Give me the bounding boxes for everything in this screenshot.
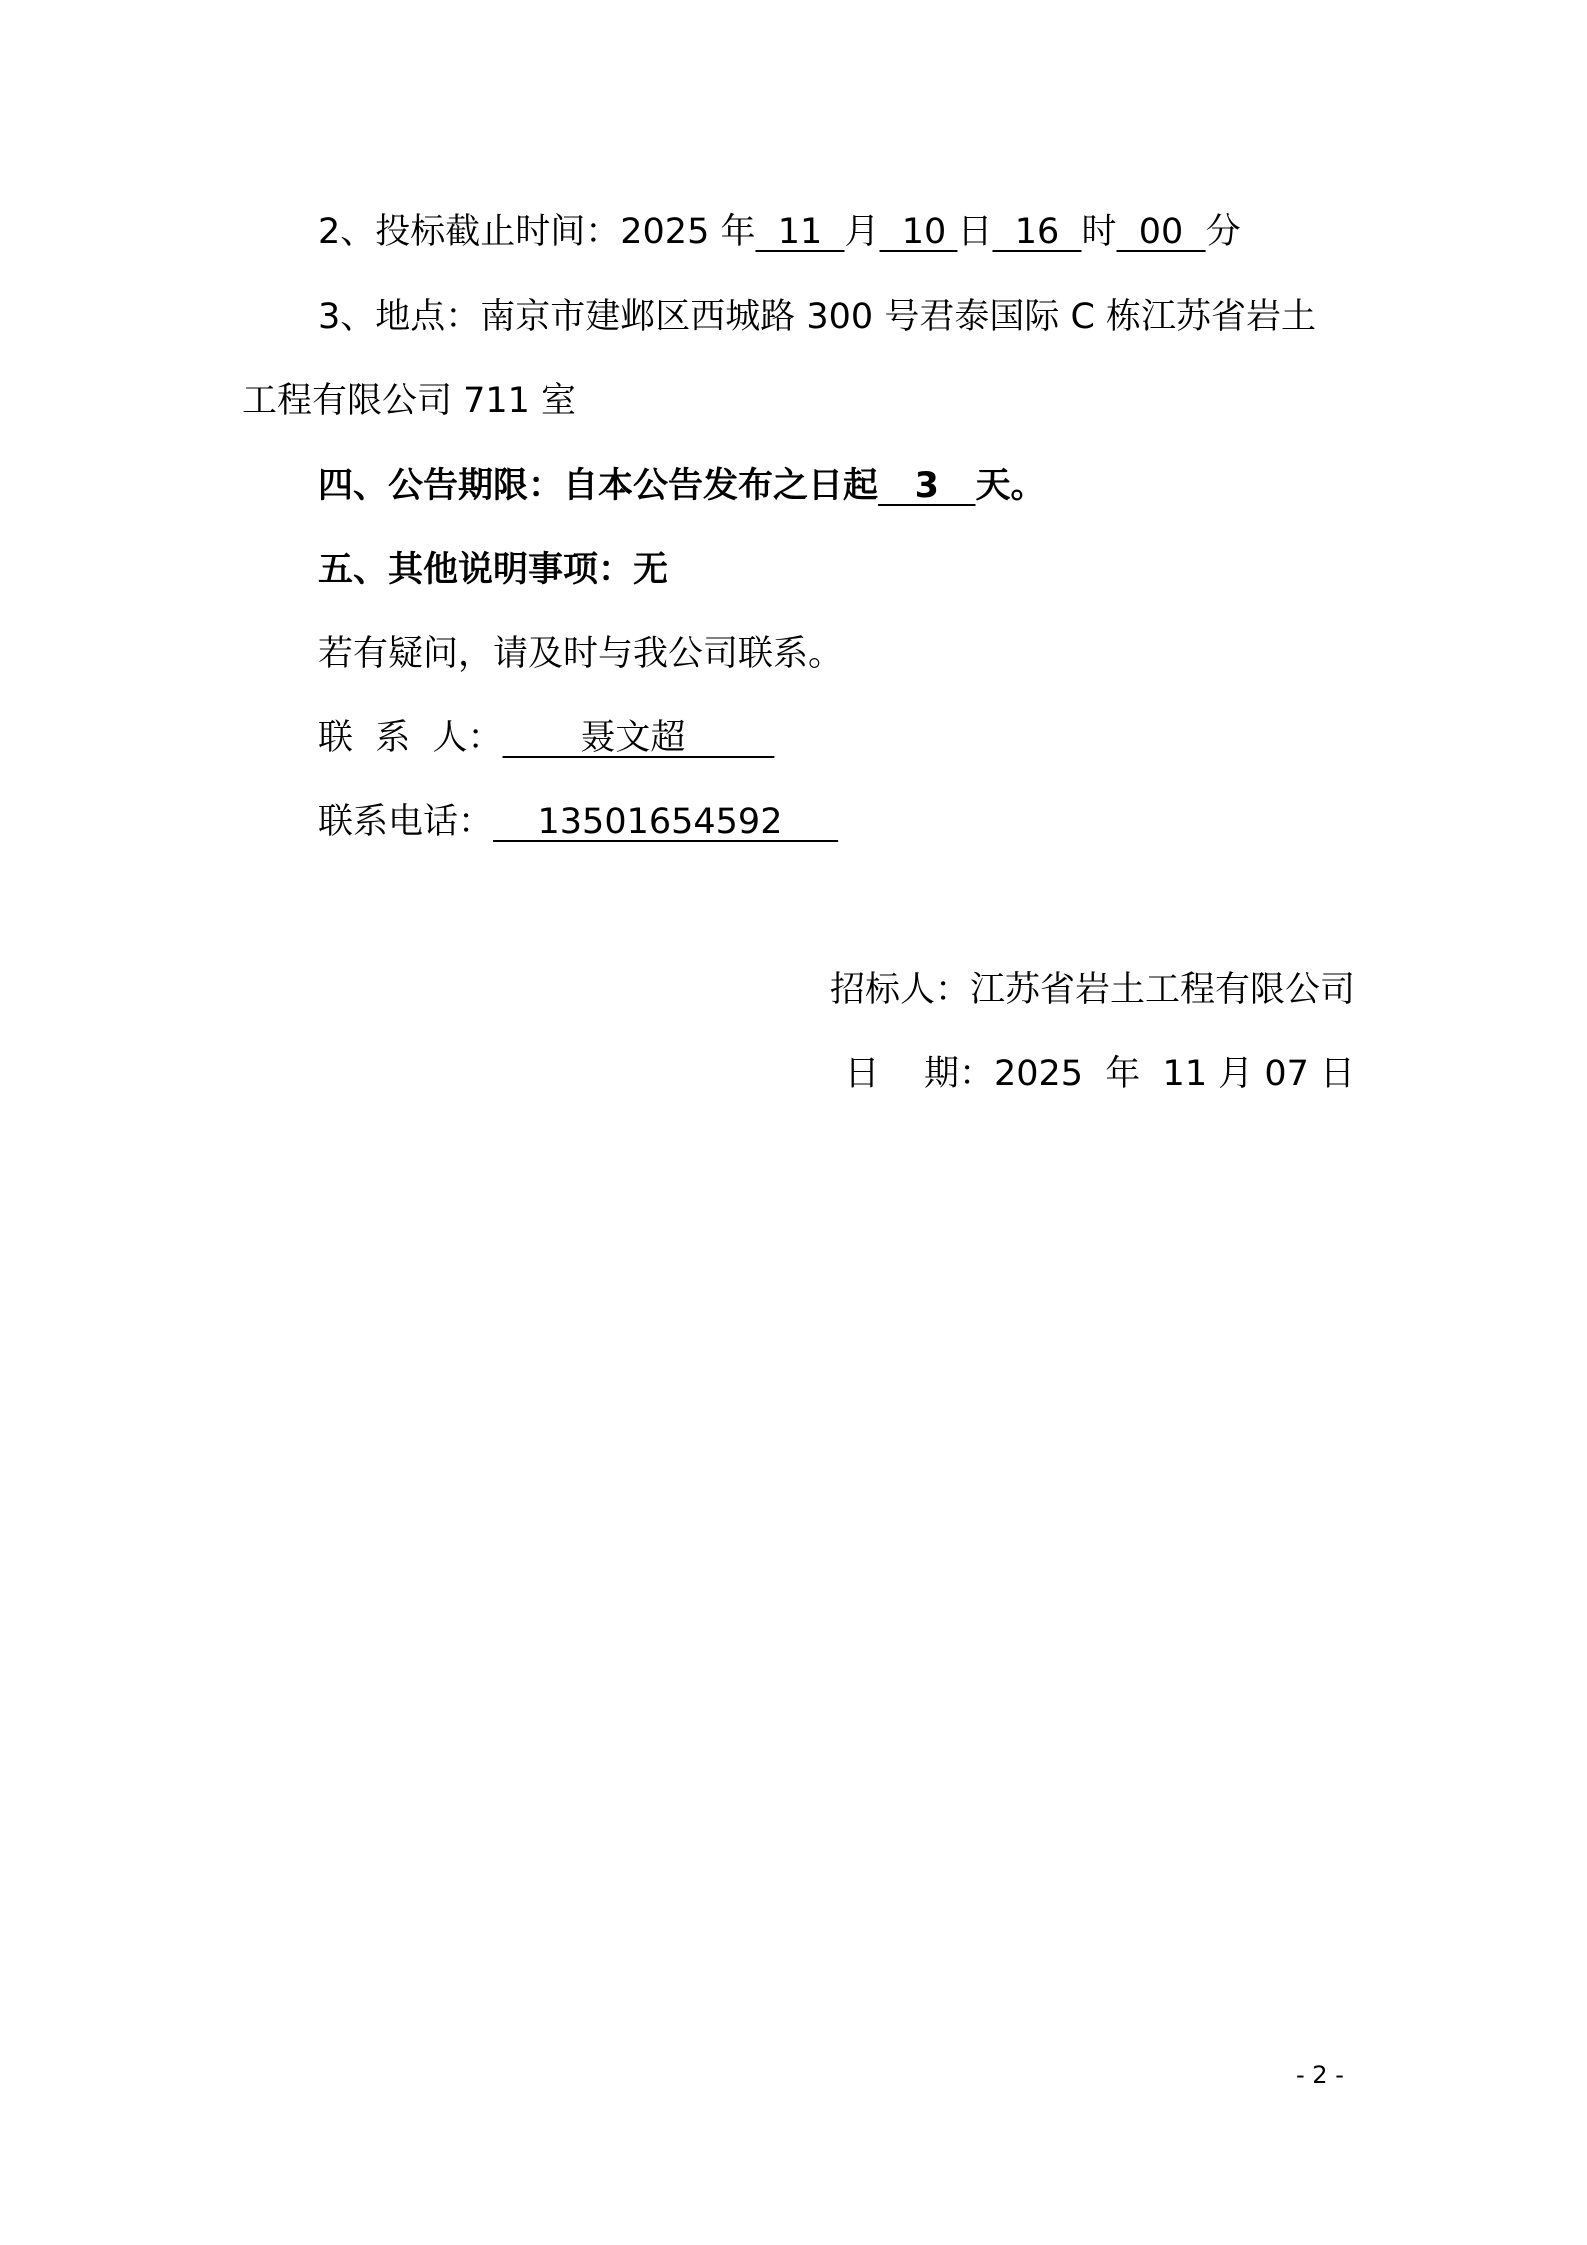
location-line-2: 工程有限公司 711 室: [242, 379, 576, 423]
deadline-prefix: 2、投标截止时间：2025 年: [318, 212, 755, 252]
deadline-day-unit: 日: [957, 212, 992, 252]
contact-prompt: 若有疑问，请及时与我公司联系。: [318, 632, 843, 676]
notice-period-days: 3: [878, 466, 975, 506]
notice-period-prefix: 四、公告期限：自本公告发布之日起: [318, 466, 878, 506]
deadline-hour: 16: [992, 212, 1081, 252]
location-line-1: 3、地点：南京市建邺区西城路 300 号君泰国际 C 栋江苏省岩土: [318, 295, 1316, 339]
signature-date: 日 期：2025 年 11 月 07 日: [844, 1052, 1355, 1096]
notice-period-line: 四、公告期限：自本公告发布之日起 3 天。: [318, 464, 1046, 508]
contact-person-label: 联 系 人：: [318, 718, 503, 758]
deadline-minute-unit: 分: [1206, 212, 1241, 252]
deadline-line: 2、投标截止时间：2025 年 11 月 10 日 16 时 00 分: [318, 210, 1241, 254]
tenderer-signature: 招标人：江苏省岩土工程有限公司: [830, 968, 1355, 1012]
contact-phone-line: 联系电话： 13501654592: [318, 800, 838, 844]
contact-phone-label: 联系电话：: [318, 802, 493, 842]
notice-period-suffix: 天。: [975, 466, 1045, 506]
deadline-minute: 00: [1117, 212, 1206, 252]
contact-person-value: 聂文超: [503, 718, 775, 758]
deadline-month: 11: [755, 212, 844, 252]
contact-person-line: 联 系 人： 聂文超: [318, 716, 774, 760]
deadline-hour-unit: 时: [1082, 212, 1117, 252]
deadline-month-unit: 月: [845, 212, 880, 252]
contact-phone-value: 13501654592: [493, 802, 838, 842]
other-notes-line: 五、其他说明事项：无: [318, 548, 668, 592]
deadline-day: 10: [880, 212, 958, 252]
page-number: - 2 -: [1296, 2060, 1344, 2090]
